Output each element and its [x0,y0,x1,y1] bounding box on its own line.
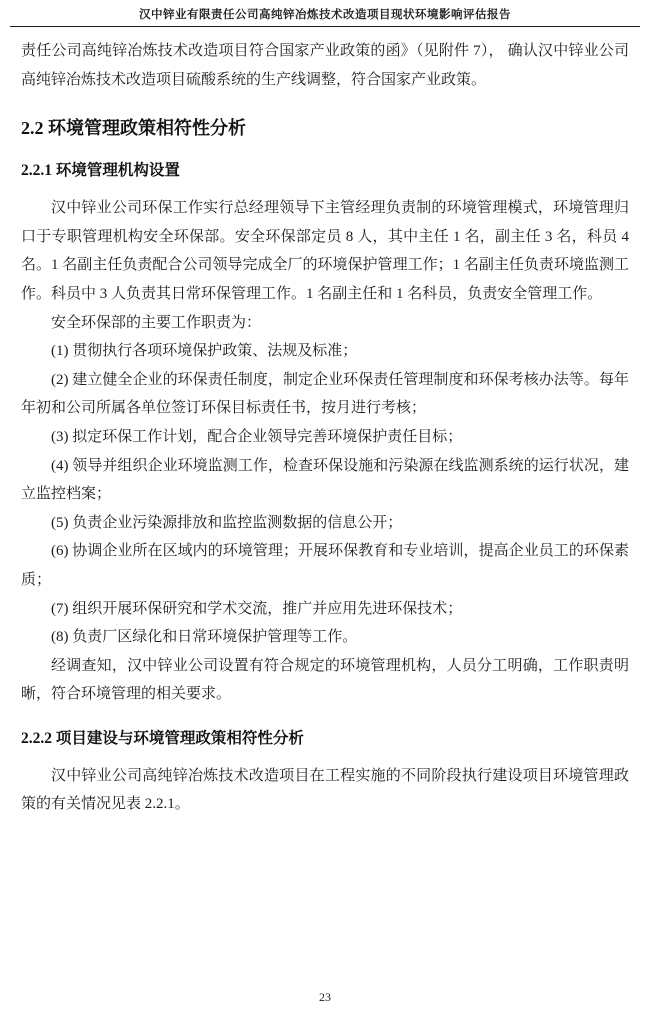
subsection-heading-2-2-1: 2.2.1 环境管理机构设置 [21,159,629,183]
section-heading-2-2: 2.2 环境管理政策相符性分析 [21,115,629,141]
duty-list-item-7: (7) 组织开展环保研究和学术交流，推广并应用先进环保技术； [21,595,629,624]
duty-list-item-2: (2) 建立健全企业的环保责任制度，制定企业环保责任管理制度和环保考核办法等。每… [21,366,629,423]
page-body: 责任公司高纯锌冶炼技术改造项目符合国家产业政策的函》（见附件 7）， 确认汉中锌… [21,37,629,819]
duty-list-item-3: (3) 拟定环保工作计划，配合企业领导完善环境保护责任目标； [21,423,629,452]
header-rule [10,26,640,27]
paragraph-org-setup: 汉中锌业公司环保工作实行总经理领导下主管经理负责制的环境管理模式，环境管理归口于… [21,194,629,308]
paragraph-2-2-2-intro: 汉中锌业公司高纯锌冶炼技术改造项目在工程实施的不同阶段执行建设项目环境管理政策的… [21,762,629,819]
duty-list-item-5: (5) 负责企业污染源排放和监控监测数据的信息公开； [21,509,629,538]
running-header-title: 汉中锌业有限责任公司高纯锌冶炼技术改造项目现状环境影响评估报告 [0,0,650,22]
duty-list-item-1: (1) 贯彻执行各项环境保护政策、法规及标准； [21,337,629,366]
paragraph-intro-continuation: 责任公司高纯锌冶炼技术改造项目符合国家产业政策的函》（见附件 7）， 确认汉中锌… [21,37,629,94]
subsection-heading-2-2-2: 2.2.2 项目建设与环境管理政策相符性分析 [21,727,629,751]
paragraph-duties-intro: 安全环保部的主要工作职责为： [21,309,629,338]
page-number: 23 [0,990,650,1005]
duty-list-item-6: (6) 协调企业所在区域内的环境管理；开展环保教育和专业培训，提高企业员工的环保… [21,537,629,594]
duty-list-item-4: (4) 领导并组织企业环境监测工作，检查环保设施和污染源在线监测系统的运行状况，… [21,452,629,509]
duty-list-item-8: (8) 负责厂区绿化和日常环境保护管理等工作。 [21,623,629,652]
document-page: 汉中锌业有限责任公司高纯锌冶炼技术改造项目现状环境影响评估报告 责任公司高纯锌冶… [0,0,650,1031]
paragraph-conclusion: 经调查知，汉中锌业公司设置有符合规定的环境管理机构，人员分工明确，工作职责明晰，… [21,652,629,709]
